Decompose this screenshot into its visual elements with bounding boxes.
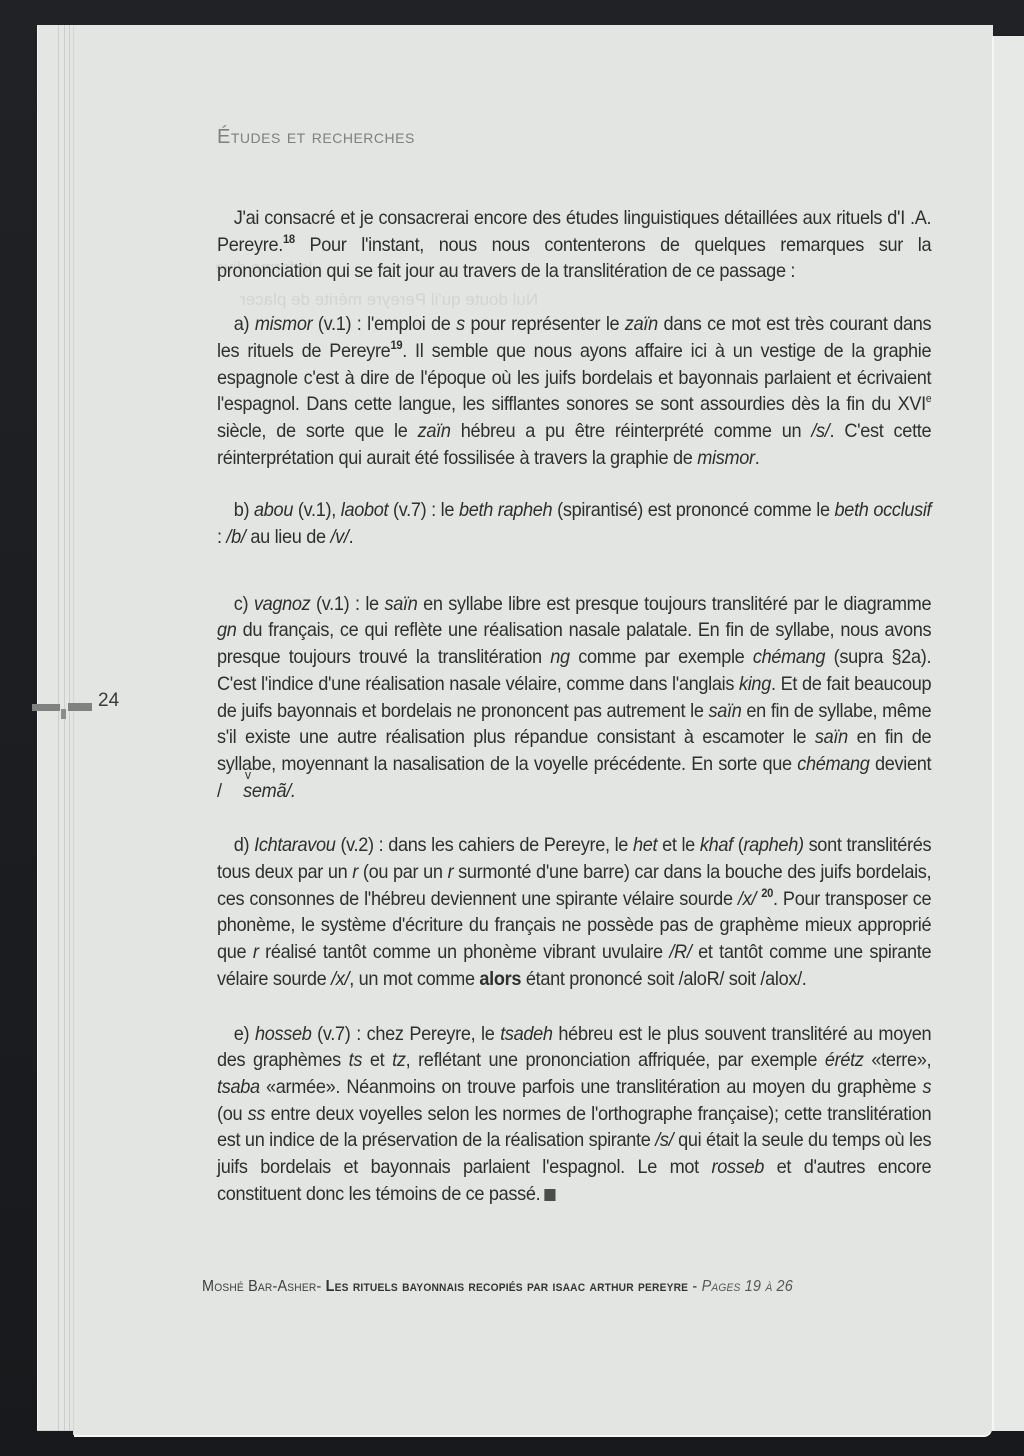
text: , un mot comme	[349, 968, 479, 990]
text: :	[217, 526, 226, 548]
paragraph-a: a) mismor (v.1) : l'emploi de s pour rep…	[217, 311, 931, 471]
text: , reflétant une prononciation affriquée,…	[406, 1049, 825, 1071]
term: /s/	[655, 1129, 673, 1151]
term: laobot	[341, 499, 388, 521]
footer-page-range: Pages 19 à 26	[702, 1278, 793, 1295]
text: .	[755, 447, 760, 469]
superscript: e	[926, 393, 931, 405]
footer-separator: -	[688, 1278, 701, 1295]
term: /x/	[738, 888, 756, 910]
footer-author: Moshé Bar-Asher-	[202, 1278, 326, 1295]
term: tsadeh	[500, 1023, 553, 1045]
term: s	[456, 313, 465, 335]
paragraph-d: d) Ichtaravou (v.2) : dans les cahiers d…	[217, 832, 931, 992]
term: khaf	[700, 834, 733, 856]
footnote-ref-20[interactable]: 20	[761, 886, 773, 900]
text: (v.7) : chez Pereyre, le	[311, 1023, 500, 1045]
term: /s/	[811, 420, 829, 442]
phonetic-s-caron: s	[226, 778, 251, 805]
page-number: 24	[98, 690, 119, 712]
paragraph-intro: J'ai consacré et je consacrerai encore d…	[217, 205, 931, 285]
term: mismor	[697, 447, 754, 469]
term: tsaba	[217, 1076, 260, 1098]
page-edge-line	[64, 25, 65, 1430]
footnote-ref-18[interactable]: 18	[283, 232, 295, 246]
term: rapheh)	[743, 834, 803, 856]
footnote-ref-19[interactable]: 19	[390, 338, 402, 352]
term: gn	[217, 619, 237, 641]
text: (v.1),	[293, 499, 341, 521]
term: /b/	[226, 526, 245, 548]
term: zaïn	[625, 313, 658, 335]
item-label: c)	[234, 593, 254, 615]
text: «terre»,	[864, 1049, 932, 1071]
term: mismor	[255, 313, 312, 335]
text: réalisé tantôt comme un phonème vibrant …	[259, 941, 670, 963]
term: beth rapheh	[459, 499, 552, 521]
text: (	[733, 834, 744, 856]
text: (v.1) : l'emploi de	[312, 313, 456, 335]
term: king	[739, 673, 771, 695]
text: et le	[657, 834, 700, 856]
paragraph-c: c) vagnoz (v.1) : le saïn en syllabe lib…	[217, 591, 931, 805]
text: et	[362, 1049, 392, 1071]
term: s	[922, 1076, 931, 1098]
text: en syllabe libre est presque toujours tr…	[417, 593, 931, 615]
running-head: Études et recherches	[217, 126, 415, 149]
bold-term: alors	[479, 968, 521, 990]
term: rosseb	[712, 1156, 764, 1178]
article-body: J'ai consacré et je consacrerai encore d…	[217, 205, 931, 1208]
term: saïn	[709, 700, 742, 722]
term: érétz	[825, 1049, 864, 1071]
text: (v.7) : le	[388, 499, 459, 521]
page-edge-line	[58, 25, 59, 1430]
page-footer: Moshé Bar-Asher- Les rituels bayonnais r…	[202, 1278, 793, 1296]
item-label: a)	[234, 313, 255, 335]
item-label: d)	[234, 834, 254, 856]
term: /x/	[331, 968, 349, 990]
text: pour représenter le	[465, 313, 625, 335]
term: ts	[349, 1049, 362, 1071]
text: siècle, de sorte que le	[217, 420, 418, 442]
end-of-article-square-icon	[544, 1189, 555, 1201]
text: (ou par un	[358, 861, 448, 883]
term: chémang	[753, 646, 825, 668]
term: /R/	[669, 941, 691, 963]
text: comme par exemple	[570, 646, 753, 668]
paragraph-e: e) hosseb (v.7) : chez Pereyre, le tsade…	[217, 1021, 931, 1208]
term: chémang	[797, 753, 869, 775]
term: tz	[392, 1049, 405, 1071]
paragraph-b: b) abou (v.1), laobot (v.7) : le beth ra…	[217, 497, 931, 550]
text: Pour l'instant, nous nous contenterons d…	[217, 234, 931, 283]
term: Ichtaravou	[254, 834, 335, 856]
term: saïn	[815, 726, 848, 748]
term: ng	[550, 646, 570, 668]
term: abou	[254, 499, 293, 521]
term: het	[633, 834, 657, 856]
term: hosseb	[255, 1023, 312, 1045]
item-label: e)	[234, 1023, 255, 1045]
marker-bar	[68, 703, 92, 711]
text: (v.2) : dans les cahiers de Pereyre, le	[336, 834, 633, 856]
term: emã/.	[252, 780, 296, 802]
item-label: b)	[234, 499, 254, 521]
term: ss	[248, 1103, 265, 1125]
term: /v/	[330, 526, 348, 548]
facing-page-edge	[992, 36, 1024, 1431]
marker-stem	[61, 709, 66, 719]
text: (ou	[217, 1103, 248, 1125]
marker-bar	[32, 704, 60, 711]
text: hébreu a pu être réinterprété comme un	[451, 420, 812, 442]
text: (v.1) : le	[310, 593, 384, 615]
text: .	[349, 526, 354, 548]
text: (spirantisé) est prononcé comme le	[552, 499, 834, 521]
page-edge-line	[69, 25, 70, 1430]
footer-article-title: Les rituels bayonnais recopiés par isaac…	[326, 1278, 689, 1295]
text: au lieu de	[246, 526, 331, 548]
term: zaïn	[418, 420, 451, 442]
term: saïn	[384, 593, 417, 615]
page-number-marker-icon	[32, 701, 92, 721]
term: vagnoz	[254, 593, 311, 615]
text: étant prononcé soit /aloR/ soit /alox/.	[521, 968, 806, 990]
term: beth occlusif	[835, 499, 932, 521]
text: «armée». Néanmoins on trouve parfois une…	[260, 1076, 923, 1098]
